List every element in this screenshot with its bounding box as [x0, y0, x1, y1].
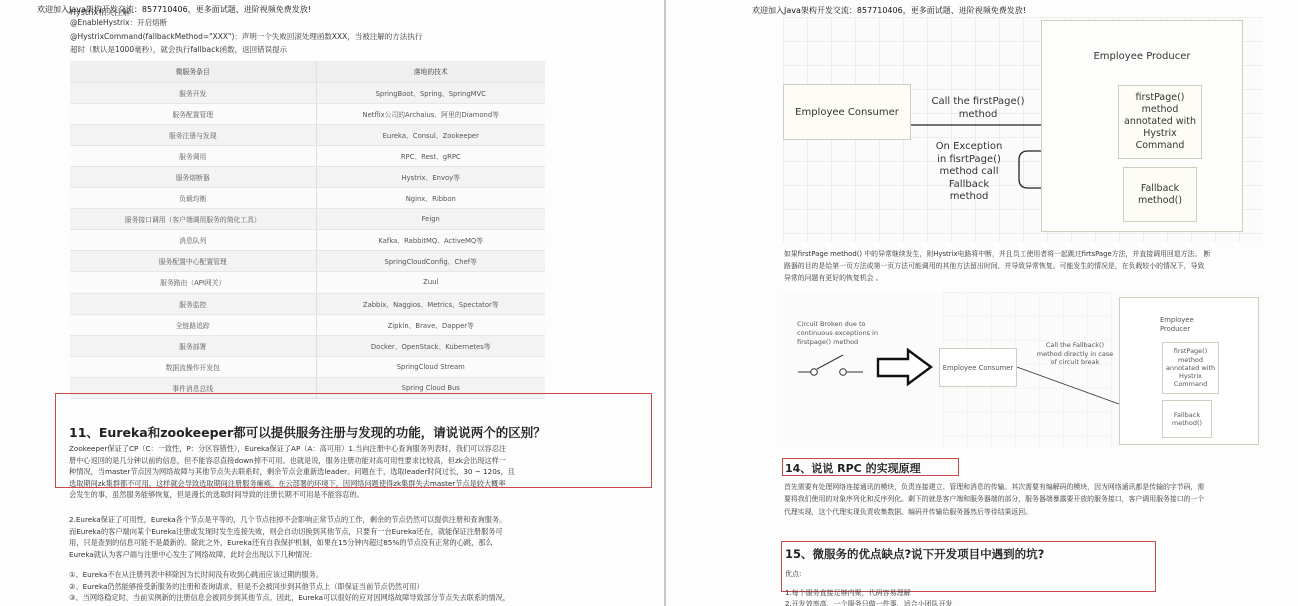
service-item-cell: 服务配置中心配置管理: [70, 251, 316, 272]
list-item: ③、当网络稳定时，当前实例新的注册信息会被同步到其他节点。因此，Eureka可以…: [69, 592, 549, 604]
service-item-cell: 服务监控: [70, 293, 316, 314]
list-item: ①、Eureka不在从注册列表中移除因为长时间没有收到心跳而应该过期的服务。: [69, 569, 549, 581]
technology-cell: SpringCloud Stream: [316, 356, 545, 377]
document-page-left: Hystrix相关注解 欢迎加入Java架构开发交流：857710406，更多面…: [0, 0, 664, 606]
table-row: 全链路追踪Zipkin、Brave、Dapper等: [70, 314, 545, 335]
paragraph-line: 2.Eureka保证了可用性，Eureka各个节点是平等的，几个节点挂掉不会影响…: [69, 514, 549, 526]
service-item-cell: 消息队列: [70, 230, 316, 251]
service-item-cell: 服务熔断器: [70, 166, 316, 187]
table-row: 服务配置中心配置管理SpringCloudConfig、Chef等: [70, 251, 545, 272]
technology-cell: Eureka、Consul、Zookeeper: [316, 124, 545, 145]
technology-cell: Zabbix、Naggios、Metrics、Spectator等: [316, 293, 545, 314]
call-label: Call the firstPage() method: [923, 95, 1033, 121]
paragraph-line: 要将我们使用的对象序列化和反序列化。剩下的就是客户端和服务器端的部分，服务器端暴…: [784, 493, 1274, 505]
fallback-method-box: Fallback method(): [1123, 167, 1197, 222]
circuit-broken-label: Circuit Broken due to continuous excepti…: [797, 320, 887, 347]
table-header-row: 微服务条目 落地的技术: [70, 61, 545, 82]
service-item-cell: 负载均衡: [70, 188, 316, 209]
question-title: 11、Eureka和zookeeper都可以提供服务注册与发现的功能，请说说两个…: [69, 423, 546, 441]
producer-label: Employee Producer: [1160, 316, 1200, 334]
watermark-banner: 欢迎加入Java架构开发交流：857710406，更多面试题、进阶视频免费发放!: [752, 5, 1026, 16]
paragraph-line: 而Eureka的客户端向某个Eureka注册或发现时发生连接失败，则会自动切换到…: [69, 526, 549, 538]
answer-paragraph: Zookeeper保证了CP（C：一致性，P：分区容错性），Eureka保证了A…: [69, 443, 549, 501]
technology-cell: SpringCloudConfig、Chef等: [316, 251, 545, 272]
technology-cell: Kafka、RabbitMQ、ActiveMQ等: [316, 230, 545, 251]
paragraph-line: 册中心返回的是几分钟以前的信息，但不能容忍直接down掉不可用。也就是说，服务注…: [69, 455, 549, 467]
technology-cell: Nginx、Ribbon: [316, 188, 545, 209]
list-item: 2.开发效率高，一个服务只做一件事，适合小团队开发: [785, 598, 953, 606]
table-row: 服务配置管理Netflix公司的Archaius、阿里的Diamond等: [70, 103, 545, 124]
column-header: 微服务条目: [70, 61, 316, 82]
paragraph-line: 代理实现，这个代理实现负责收集数据、编码并传输给服务器然后等待结果返回。: [784, 506, 1274, 518]
paragraph-line: 异常的问题有更好的恢复机会 。: [784, 272, 1274, 284]
table-row: 数据流操作开发包SpringCloud Stream: [70, 356, 545, 377]
paragraph-line: 用，只是查到的信息可能不是最新的。除此之外，Eureka还有自我保护机制，如果在…: [69, 537, 549, 549]
service-item-cell: 服务部署: [70, 335, 316, 356]
answer-list: ①、Eureka不在从注册列表中移除因为长时间没有收到心跳而应该过期的服务。 ②…: [69, 569, 549, 604]
table-row: 服务部署Docker、OpenStack、Kubernetes等: [70, 335, 545, 356]
table-row: 消息队列Kafka、RabbitMQ、ActiveMQ等: [70, 230, 545, 251]
paragraph-line: 首先需要有处理网络连接通讯的模块，负责连接建立、管理和消息的传输。其次需要有编解…: [784, 481, 1274, 493]
annotation-line: @HystrixCommand(fallbackMethod="XXX")：声明…: [70, 31, 422, 43]
service-item-cell: 服务调用: [70, 145, 316, 166]
producer-label: Employee Producer: [1093, 51, 1190, 62]
exception-label: On Exception in fisrtPage() method call …: [933, 141, 1005, 204]
service-item-cell: 服务注册与发现: [70, 124, 316, 145]
service-item-cell: 服务开发: [70, 82, 316, 103]
service-item-cell: 服务接口调用（客户端调用服务的简化工具）: [70, 209, 316, 230]
column-header: 落地的技术: [316, 61, 545, 82]
circuit-broken-diagram: Circuit Broken due to continuous excepti…: [783, 292, 1263, 447]
table-row: 服务注册与发现Eureka、Consul、Zookeeper: [70, 124, 545, 145]
service-item-cell: 全链路追踪: [70, 314, 316, 335]
first-page-method-box: firstPage() method annotated with Hystri…: [1118, 85, 1202, 159]
technology-cell: RPC、Rest、gRPC: [316, 145, 545, 166]
table-row: 服务监控Zabbix、Naggios、Metrics、Spectator等: [70, 293, 545, 314]
technology-cell: Zuul: [316, 272, 545, 293]
question-title: 15、微服务的优点缺点?说下开发项目中遇到的坑?: [785, 546, 1044, 562]
explanation-paragraph: 如果firstPage method() 中的异常继续发生，则Hystrix电路…: [784, 248, 1274, 284]
table-row: 负载均衡Nginx、Ribbon: [70, 188, 545, 209]
paragraph-line: Eureka就认为客户端与注册中心发生了网络故障，此时会出现以下几种情况：: [69, 549, 549, 561]
service-item-cell: 数据流操作开发包: [70, 356, 316, 377]
employee-consumer-box: Employee Consumer: [783, 84, 911, 140]
technology-cell: SpringBoot、Spring、SpringMVC: [316, 82, 545, 103]
service-item-cell: 服务路由（API网关）: [70, 272, 316, 293]
fallback-call-label: Call the Fallback() method directly in c…: [1033, 341, 1117, 367]
paragraph-line: 选取期间zk集群都不可用，这样就会导致选取期间注册服务瘫痪。在云部署的环境下，因…: [69, 478, 549, 490]
paragraph-line: 种情况，当master节点因为网络故障与其他节点失去联系时，剩余节点会重新选le…: [69, 466, 549, 478]
technology-cell: Hystrix、Envoy等: [316, 166, 545, 187]
document-page-right: 欢迎加入Java架构开发交流：857710406，更多面试题、进阶视频免费发放!…: [666, 0, 1298, 606]
first-page-method-box: firstPage() method annotated with Hystri…: [1162, 342, 1219, 394]
table-row: 服务调用RPC、Rest、gRPC: [70, 145, 545, 166]
technology-cell: Feign: [316, 209, 545, 230]
table-row: 服务开发SpringBoot、Spring、SpringMVC: [70, 82, 545, 103]
paragraph-line: Zookeeper保证了CP（C：一致性，P：分区容错性），Eureka保证了A…: [69, 443, 549, 455]
annotation-line: 超时（默认是1000毫秒），就会执行fallback函数，返回错误提示: [70, 44, 287, 56]
table-row: 服务熔断器Hystrix、Envoy等: [70, 166, 545, 187]
watermark-banner: 欢迎加入Java架构开发交流：857710406，更多面试题、进阶视频免费发放!: [37, 4, 311, 15]
list-item: ②、Eureka仍然能够接受新服务的注册和查询请求，但是不会被同步到其他节点上（…: [69, 581, 549, 593]
technology-cell: Docker、OpenStack、Kubernetes等: [316, 335, 545, 356]
microservice-tech-table: 微服务条目 落地的技术 服务开发SpringBoot、Spring、Spring…: [70, 61, 545, 399]
service-item-cell: 服务配置管理: [70, 103, 316, 124]
table-row: 服务路由（API网关）Zuul: [70, 272, 545, 293]
pros-label: 优点:: [785, 568, 801, 580]
fallback-method-box: Fallback method(): [1162, 400, 1212, 438]
paragraph-line: 会发生的事，虽然服务能够恢复，但是漫长的选取时间导致的注册长期不可用是不能容忍的…: [69, 489, 549, 501]
technology-cell: Zipkin、Brave、Dapper等: [316, 314, 545, 335]
question-title: 14、说说 RPC 的实现原理: [785, 460, 921, 476]
technology-cell: Netflix公司的Archaius、阿里的Diamond等: [316, 103, 545, 124]
answer-paragraph: 2.Eureka保证了可用性，Eureka各个节点是平等的，几个节点挂掉不会影响…: [69, 514, 549, 560]
annotation-line: @EnableHystrix：开启熔断: [70, 17, 167, 29]
employee-consumer-box: Employee Consumer: [939, 348, 1017, 387]
hystrix-fallback-diagram: Employee Consumer Employee Producer firs…: [783, 17, 1263, 242]
paragraph-line: 路器的目的是给第一页方法或第一页方法可能调用的其他方法留出时间，并导致异常恢复。…: [784, 260, 1274, 272]
answer-paragraph: 首先需要有处理网络连接通讯的模块，负责连接建立、管理和消息的传输。其次需要有编解…: [784, 481, 1274, 518]
table-row: 服务接口调用（客户端调用服务的简化工具）Feign: [70, 209, 545, 230]
paragraph-line: 如果firstPage method() 中的异常继续发生，则Hystrix电路…: [784, 248, 1274, 260]
